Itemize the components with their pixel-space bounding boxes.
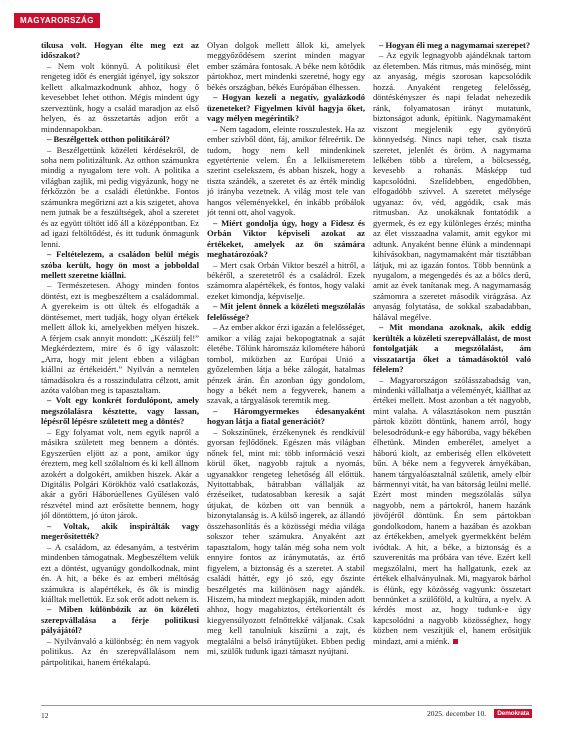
footer-right: 2025. december 10. Demokrata: [427, 709, 532, 718]
interview-answer: Olyan dolgok mellett állok ki, amelyek m…: [207, 40, 365, 92]
interview-answer: – Sokszínűnek, érzékenynek és rendkívül …: [207, 427, 365, 657]
section-tag: MAGYARORSZÁG: [14, 13, 100, 28]
paragraph-text: tikusa volt. Hogyan élte meg ezt az idős…: [41, 40, 199, 60]
interview-answer: – Nyilvánvaló a különbség: én nem vagyok…: [41, 636, 199, 667]
paragraph-text: – Feltételezem, a családon belül mégis s…: [41, 249, 199, 280]
paragraph-text: Olyan dolgok mellett állok ki, amelyek m…: [207, 40, 365, 92]
publication-logo: Demokrata: [494, 709, 532, 718]
paragraph-text: – Hogyan kezeli a negatív, gyalázkodó üz…: [207, 92, 365, 123]
column-2: Olyan dolgok mellett állok ki, amelyek m…: [207, 40, 365, 690]
paragraph-text: – Sokszínűnek, érzékenynek és rendkívül …: [207, 427, 365, 657]
interview-answer: – Nem volt könnyű. A politikusi élet ren…: [41, 61, 199, 134]
paragraph-text: – Beszélgettünk közéleti kérdésekről, de…: [41, 145, 199, 249]
paragraph-text: – Nyilvánvaló a különbség: én nem vagyok…: [41, 636, 199, 667]
interview-question: – Miért gondolja úgy, hogy a Fidesz és O…: [207, 218, 365, 260]
interview-answer: – Az egyik legnagyobb ajándéknak tartom …: [373, 50, 531, 322]
paragraph-text: – Természetesen. Ahogy minden fontos dön…: [41, 280, 199, 395]
interview-question: tikusa volt. Hogyan élte meg ezt az idős…: [41, 40, 199, 61]
paragraph-text: – Beszélgettek otthon politikáról?: [47, 134, 170, 144]
footer-divider: [41, 705, 532, 706]
interview-answer: – Egy folyamat volt, nem egyik napról a …: [41, 427, 199, 521]
paragraph-text: – Nem volt könnyű. A politikusi élet ren…: [41, 61, 199, 134]
paragraph-text: – Miért gondolja úgy, hogy a Fidesz és O…: [207, 218, 365, 259]
interview-answer: – Nem tagadom, eleinte rosszulestek. Ha …: [207, 124, 365, 218]
paragraph-text: – Hogyan éli meg a nagymamai szerepet?: [379, 40, 530, 50]
paragraph-text: – Háromgyermekes édesanyaként hogyan lát…: [207, 406, 365, 426]
paragraph-text: – Miben különbözik az ön közéleti szerep…: [41, 604, 199, 635]
paragraph-text: – Magyarországon szólásszabadság van, mi…: [373, 375, 531, 646]
interview-question: – Miben különbözik az ön közéleti szerep…: [41, 604, 199, 635]
paragraph-text: – Mit jelent önnek a közéleti megszólalá…: [207, 301, 365, 321]
interview-answer: – Beszélgettünk közéleti kérdésekről, de…: [41, 145, 199, 250]
interview-question: – Mit jelent önnek a közéleti megszólalá…: [207, 301, 365, 322]
interview-question: – Feltételezem, a családon belül mégis s…: [41, 249, 199, 280]
interview-question: – Hogyan kezeli a negatív, gyalázkodó üz…: [207, 92, 365, 123]
paragraph-text: – Egy folyamat volt, nem egyik napról a …: [41, 427, 199, 521]
paragraph-text: – Nem tagadom, eleinte rosszulestek. Ha …: [207, 124, 365, 218]
paragraph-text: – Az ember akkor érzi igazán a felelőssé…: [207, 322, 365, 405]
paragraph-text: – Volt egy konkrét fordulópont, amely me…: [41, 395, 199, 426]
paragraph-text: – Mert csak Orbán Viktor beszél a hitről…: [207, 260, 365, 301]
end-of-article-icon: [453, 639, 458, 644]
paragraph-text: – Voltak, akik inspirálták vagy megerősí…: [41, 521, 199, 541]
issue-date: 2025. december 10.: [427, 709, 486, 718]
interview-answer: – A családom, az édesanyám, a testvérim …: [41, 542, 199, 605]
interview-answer: – Az ember akkor érzi igazán a felelőssé…: [207, 322, 365, 406]
column-1: tikusa volt. Hogyan élte meg ezt az idős…: [41, 40, 199, 690]
interview-question: – Volt egy konkrét fordulópont, amely me…: [41, 395, 199, 426]
interview-question: – Háromgyermekes édesanyaként hogyan lát…: [207, 406, 365, 427]
interview-answer: – Mert csak Orbán Viktor beszél a hitről…: [207, 260, 365, 302]
paragraph-text: – A családom, az édesanyám, a testvérim …: [41, 542, 199, 604]
paragraph-text: – Mit mondana azoknak, akik eddig került…: [373, 322, 531, 374]
interview-question: – Mit mondana azoknak, akik eddig került…: [373, 322, 531, 374]
paragraph-text: – Az egyik legnagyobb ajándéknak tartom …: [373, 50, 531, 321]
interview-answer: – Természetesen. Ahogy minden fontos dön…: [41, 280, 199, 395]
interview-question: – Beszélgettek otthon politikáról?: [41, 134, 199, 144]
article-body: tikusa volt. Hogyan élte meg ezt az idős…: [41, 40, 532, 690]
interview-question: – Hogyan éli meg a nagymamai szerepet?: [373, 40, 531, 50]
interview-answer: – Magyarországon szólásszabadság van, mi…: [373, 375, 531, 647]
page-number: 12: [41, 711, 49, 720]
column-3: – Hogyan éli meg a nagymamai szerepet?– …: [373, 40, 531, 690]
interview-question: – Voltak, akik inspirálták vagy megerősí…: [41, 521, 199, 542]
